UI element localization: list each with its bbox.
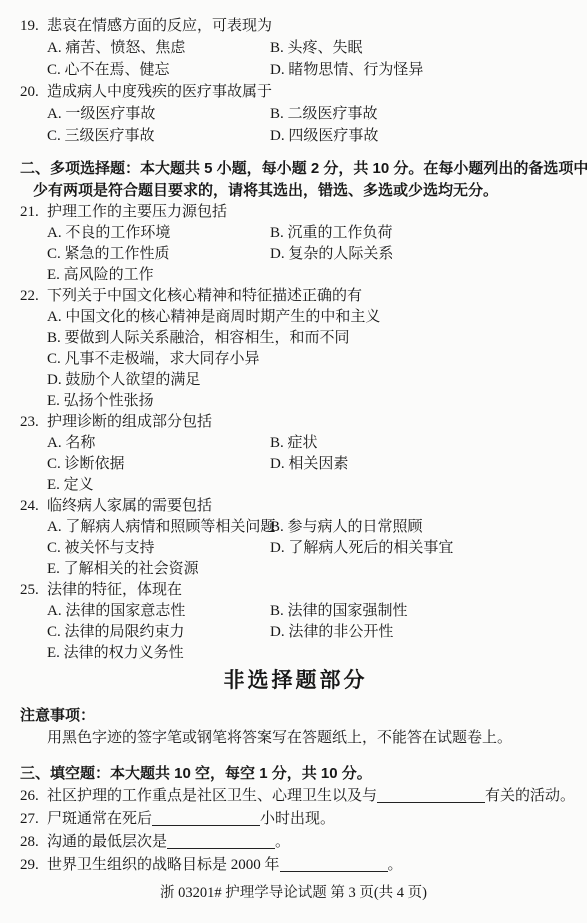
text-before-blank: 沟通的最低层次是: [47, 834, 167, 850]
question-stem-text: 下列关于中国文化核心精神和特征描述正确的有: [47, 286, 362, 307]
question-text: 沟通的最低层次是。: [47, 831, 290, 854]
option-d: D. 了解病人死后的相关事宜: [270, 538, 453, 559]
section-header: 三、填空题：本大题共 10 空，每空 1 分，共 10 分。: [20, 762, 571, 785]
option-row: E. 法律的权力义务性: [20, 643, 571, 664]
question-21: 21. 护理工作的主要压力源包括 A. 不良的工作环境 B. 沉重的工作负荷 C…: [20, 202, 571, 286]
text-after-blank: 有关的活动。: [485, 788, 575, 804]
question-stem: 19. 悲哀在情感方面的反应，可表现为: [20, 15, 571, 37]
option-row: C. 被关怀与支持 D. 了解病人死后的相关事宜: [20, 538, 571, 559]
option-row: C. 三级医疗事故 D. 四级医疗事故: [20, 125, 571, 147]
question-stem-text: 法律的特征，体现在: [47, 580, 182, 601]
question-22: 22. 下列关于中国文化核心精神和特征描述正确的有 A. 中国文化的核心精神是商…: [20, 286, 571, 412]
section-header-line2: 少有两项是符合题目要求的，请将其选出，错选、多选或少选均无分。: [20, 180, 571, 202]
option-a: A. 法律的国家意志性: [47, 601, 270, 622]
question-27: 27. 尸斑通常在死后小时出现。: [20, 808, 571, 831]
option-b: B. 参与病人的日常照顾: [270, 517, 423, 538]
question-stem-text: 造成病人中度残疾的医疗事故属于: [47, 81, 272, 103]
question-number: 28.: [20, 831, 47, 854]
option-a: A. 了解病人病情和照顾等相关问题: [47, 517, 270, 538]
question-25: 25. 法律的特征，体现在 A. 法律的国家意志性 B. 法律的国家强制性 C.…: [20, 580, 571, 664]
question-23: 23. 护理诊断的组成部分包括 A. 名称 B. 症状 C. 诊断依据 D. 相…: [20, 412, 571, 496]
question-number: 27.: [20, 808, 47, 831]
option-e: E. 弘扬个性张扬: [47, 391, 154, 412]
option-row: B. 要做到人际关系融洽，相容相生，和而不同: [20, 328, 571, 349]
question-29: 29. 世界卫生组织的战略目标是 2000 年。: [20, 854, 571, 877]
option-row: A. 了解病人病情和照顾等相关问题 B. 参与病人的日常照顾: [20, 517, 571, 538]
option-b: B. 要做到人际关系融洽，相容相生，和而不同: [47, 328, 350, 349]
option-c: C. 三级医疗事故: [47, 125, 270, 147]
question-text: 尸斑通常在死后小时出现。: [47, 808, 335, 831]
option-e: E. 定义: [47, 475, 94, 496]
question-text: 社区护理的工作重点是社区卫生、心理卫生以及与有关的活动。: [47, 785, 575, 808]
option-c: C. 紧急的工作性质: [47, 244, 270, 265]
option-row: C. 紧急的工作性质 D. 复杂的人际关系: [20, 244, 571, 265]
option-e: E. 法律的权力义务性: [47, 643, 184, 664]
notice-title: 注意事项：: [20, 705, 571, 727]
option-c: C. 心不在焉、健忘: [47, 59, 270, 81]
option-row: A. 不良的工作环境 B. 沉重的工作负荷: [20, 223, 571, 244]
question-text: 世界卫生组织的战略目标是 2000 年。: [47, 854, 403, 877]
option-row: E. 定义: [20, 475, 571, 496]
option-row: E. 弘扬个性张扬: [20, 391, 571, 412]
question-stem: 25. 法律的特征，体现在: [20, 580, 571, 601]
option-row: A. 法律的国家意志性 B. 法律的国家强制性: [20, 601, 571, 622]
question-stem: 22. 下列关于中国文化核心精神和特征描述正确的有: [20, 286, 571, 307]
question-stem-text: 悲哀在情感方面的反应，可表现为: [47, 15, 272, 37]
question-19: 19. 悲哀在情感方面的反应，可表现为 A. 痛苦、愤怒、焦虑 B. 头疼、失眠…: [20, 15, 571, 81]
section-fill-blank: 三、填空题：本大题共 10 空，每空 1 分，共 10 分。 26. 社区护理的…: [20, 762, 571, 877]
answer-blank: [280, 860, 388, 872]
text-before-blank: 社区护理的工作重点是社区卫生、心理卫生以及与: [47, 788, 377, 804]
question-number: 23.: [20, 412, 47, 433]
option-row: A. 痛苦、愤怒、焦虑 B. 头疼、失眠: [20, 37, 571, 59]
question-stem: 21. 护理工作的主要压力源包括: [20, 202, 571, 223]
option-b: B. 沉重的工作负荷: [270, 223, 393, 244]
option-d: D. 四级医疗事故: [270, 125, 378, 147]
option-a: A. 一级医疗事故: [47, 103, 270, 125]
answer-blank: [377, 791, 485, 803]
option-a: A. 不良的工作环境: [47, 223, 270, 244]
question-number: 19.: [20, 15, 47, 37]
option-a: A. 痛苦、愤怒、焦虑: [47, 37, 270, 59]
option-a: A. 名称: [47, 433, 270, 454]
option-row: E. 了解相关的社会资源: [20, 559, 571, 580]
section-header-line1: 二、多项选择题：本大题共 5 小题，每小题 2 分，共 10 分。在每小题列出的…: [20, 158, 571, 180]
option-c: C. 诊断依据: [47, 454, 270, 475]
text-after-blank: 。: [388, 857, 403, 873]
option-row: C. 心不在焉、健忘 D. 睹物思情、行为怪异: [20, 59, 571, 81]
part-heading: 非选择题部分: [20, 668, 571, 694]
option-row: D. 鼓励个人欲望的满足: [20, 370, 571, 391]
question-stem-text: 护理诊断的组成部分包括: [47, 412, 212, 433]
option-row: C. 诊断依据 D. 相关因素: [20, 454, 571, 475]
option-row: C. 凡事不走极端，求大同存小异: [20, 349, 571, 370]
answer-blank: [167, 837, 275, 849]
option-c: C. 凡事不走极端，求大同存小异: [47, 349, 260, 370]
option-d: D. 法律的非公开性: [270, 622, 393, 643]
question-number: 21.: [20, 202, 47, 223]
question-28: 28. 沟通的最低层次是。: [20, 831, 571, 854]
question-number: 22.: [20, 286, 47, 307]
question-number: 25.: [20, 580, 47, 601]
option-d: D. 复杂的人际关系: [270, 244, 393, 265]
question-number: 24.: [20, 496, 47, 517]
option-e: E. 了解相关的社会资源: [47, 559, 199, 580]
question-26: 26. 社区护理的工作重点是社区卫生、心理卫生以及与有关的活动。: [20, 785, 571, 808]
question-stem-text: 护理工作的主要压力源包括: [47, 202, 227, 223]
section-multiple-choice: 二、多项选择题：本大题共 5 小题，每小题 2 分，共 10 分。在每小题列出的…: [20, 158, 571, 664]
text-before-blank: 尸斑通常在死后: [47, 811, 152, 827]
option-row: A. 名称 B. 症状: [20, 433, 571, 454]
option-d: D. 鼓励个人欲望的满足: [47, 370, 200, 391]
question-number: 26.: [20, 785, 47, 808]
option-row: A. 一级医疗事故 B. 二级医疗事故: [20, 103, 571, 125]
text-after-blank: 小时出现。: [260, 811, 335, 827]
notice-block: 注意事项： 用黑色字迹的签字笔或钢笔将答案写在答题纸上，不能答在试题卷上。: [20, 705, 571, 749]
exam-page: 19. 悲哀在情感方面的反应，可表现为 A. 痛苦、愤怒、焦虑 B. 头疼、失眠…: [0, 0, 587, 923]
option-row: A. 中国文化的核心精神是商周时期产生的中和主义: [20, 307, 571, 328]
question-24: 24. 临终病人家属的需要包括 A. 了解病人病情和照顾等相关问题 B. 参与病…: [20, 496, 571, 580]
option-e: E. 高风险的工作: [47, 265, 154, 286]
answer-blank: [152, 814, 260, 826]
question-number: 20.: [20, 81, 47, 103]
question-stem: 23. 护理诊断的组成部分包括: [20, 412, 571, 433]
option-a: A. 中国文化的核心精神是商周时期产生的中和主义: [47, 307, 380, 328]
option-row: C. 法律的局限约束力 D. 法律的非公开性: [20, 622, 571, 643]
question-20: 20. 造成病人中度残疾的医疗事故属于 A. 一级医疗事故 B. 二级医疗事故 …: [20, 81, 571, 147]
option-b: B. 法律的国家强制性: [270, 601, 408, 622]
question-stem: 24. 临终病人家属的需要包括: [20, 496, 571, 517]
question-stem-text: 临终病人家属的需要包括: [47, 496, 212, 517]
notice-body: 用黑色字迹的签字笔或钢笔将答案写在答题纸上，不能答在试题卷上。: [20, 727, 571, 749]
option-c: C. 法律的局限约束力: [47, 622, 270, 643]
option-b: B. 头疼、失眠: [270, 37, 363, 59]
page-footer: 浙 03201# 护理学导论试题 第 3 页(共 4 页): [0, 883, 587, 903]
option-row: E. 高风险的工作: [20, 265, 571, 286]
option-c: C. 被关怀与支持: [47, 538, 270, 559]
question-number: 29.: [20, 854, 47, 877]
option-d: D. 睹物思情、行为怪异: [270, 59, 423, 81]
option-b: B. 二级医疗事故: [270, 103, 378, 125]
text-after-blank: 。: [275, 834, 290, 850]
option-b: B. 症状: [270, 433, 318, 454]
question-stem: 20. 造成病人中度残疾的医疗事故属于: [20, 81, 571, 103]
option-d: D. 相关因素: [270, 454, 348, 475]
text-before-blank: 世界卫生组织的战略目标是 2000 年: [47, 857, 280, 873]
